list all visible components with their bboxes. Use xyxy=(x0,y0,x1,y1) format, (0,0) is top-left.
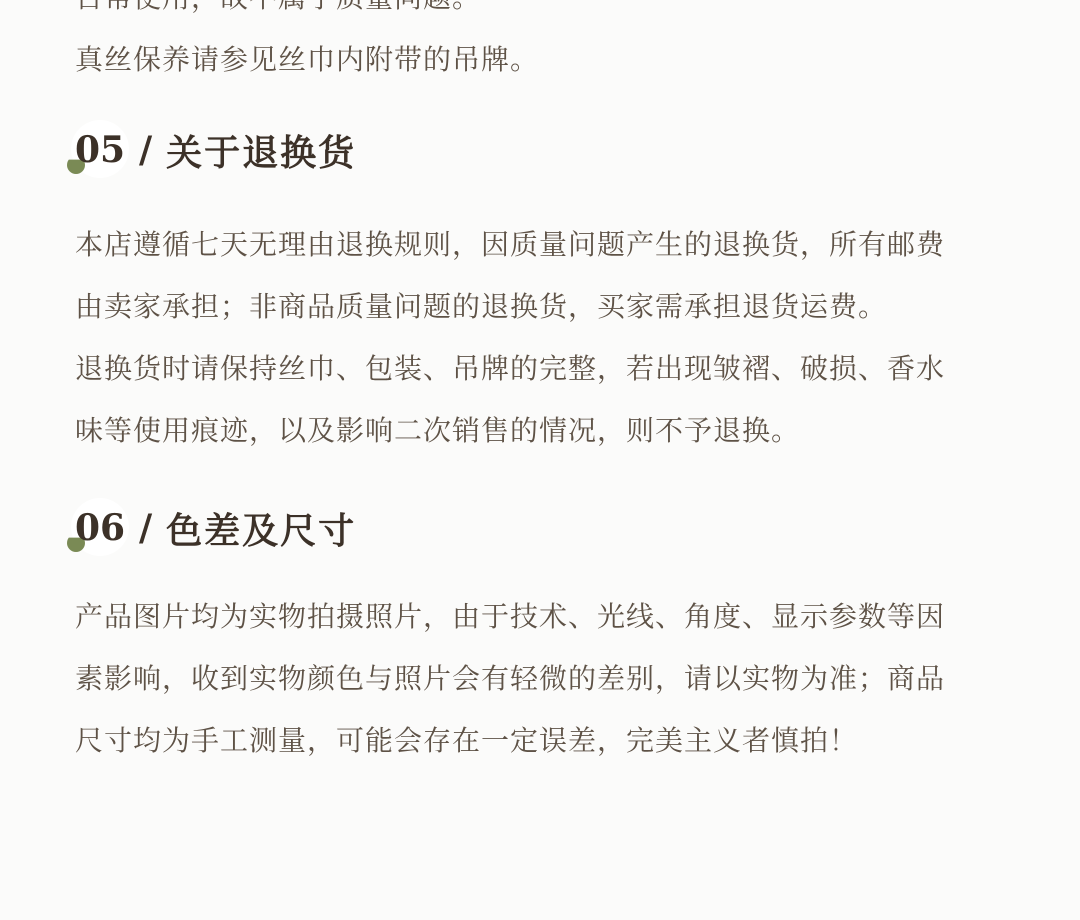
section-heading-color-size: 06 / 色差及尺寸 xyxy=(75,498,356,558)
text-line: 由卖家承担；非商品质量问题的退换货，买家需承担退货运费。 xyxy=(75,276,1005,338)
text-line: 味等使用痕迹，以及影响二次销售的情况，则不予退换。 xyxy=(75,400,1005,462)
text-line: 尺寸均为手工测量，可能会存在一定误差，完美主义者慎拍！ xyxy=(75,710,1005,772)
text-line: 真丝保养请参见丝巾内附带的吊牌。 xyxy=(75,29,1005,91)
section-separator: / xyxy=(139,129,152,171)
previous-section-text: 日常使用，故不属于质量问题。 真丝保养请参见丝巾内附带的吊牌。 xyxy=(75,0,1005,91)
section-paragraph: 产品图片均为实物拍摄照片，由于技术、光线、角度、显示参数等因 素影响，收到实物颜… xyxy=(75,586,1005,772)
text-line: 素影响，收到实物颜色与照片会有轻微的差别，请以实物为准；商品 xyxy=(75,648,1005,710)
section-separator: / xyxy=(139,507,152,549)
section-number-badge: 06 xyxy=(75,502,127,554)
text-line: 退换货时请保持丝巾、包装、吊牌的完整，若出现皱褶、破损、香水 xyxy=(75,338,1005,400)
section-number: 05 xyxy=(75,129,125,171)
section-number: 06 xyxy=(75,507,125,549)
section-heading-returns: 05 / 关于退换货 xyxy=(75,120,356,180)
section-number-badge: 05 xyxy=(75,124,127,176)
section-title: 关于退换货 xyxy=(166,125,356,176)
section-paragraph: 本店遵循七天无理由退换规则，因质量问题产生的退换货，所有邮费 由卖家承担；非商品… xyxy=(75,214,1005,338)
text-line: 产品图片均为实物拍摄照片，由于技术、光线、角度、显示参数等因 xyxy=(75,586,1005,648)
section-paragraph: 退换货时请保持丝巾、包装、吊牌的完整，若出现皱褶、破损、香水 味等使用痕迹，以及… xyxy=(75,338,1005,462)
text-line: 日常使用，故不属于质量问题。 xyxy=(75,0,1005,29)
section-title: 色差及尺寸 xyxy=(166,503,356,554)
product-notice-page: 日常使用，故不属于质量问题。 真丝保养请参见丝巾内附带的吊牌。 05 / 关于退… xyxy=(0,0,1080,920)
text-line: 本店遵循七天无理由退换规则，因质量问题产生的退换货，所有邮费 xyxy=(75,214,1005,276)
